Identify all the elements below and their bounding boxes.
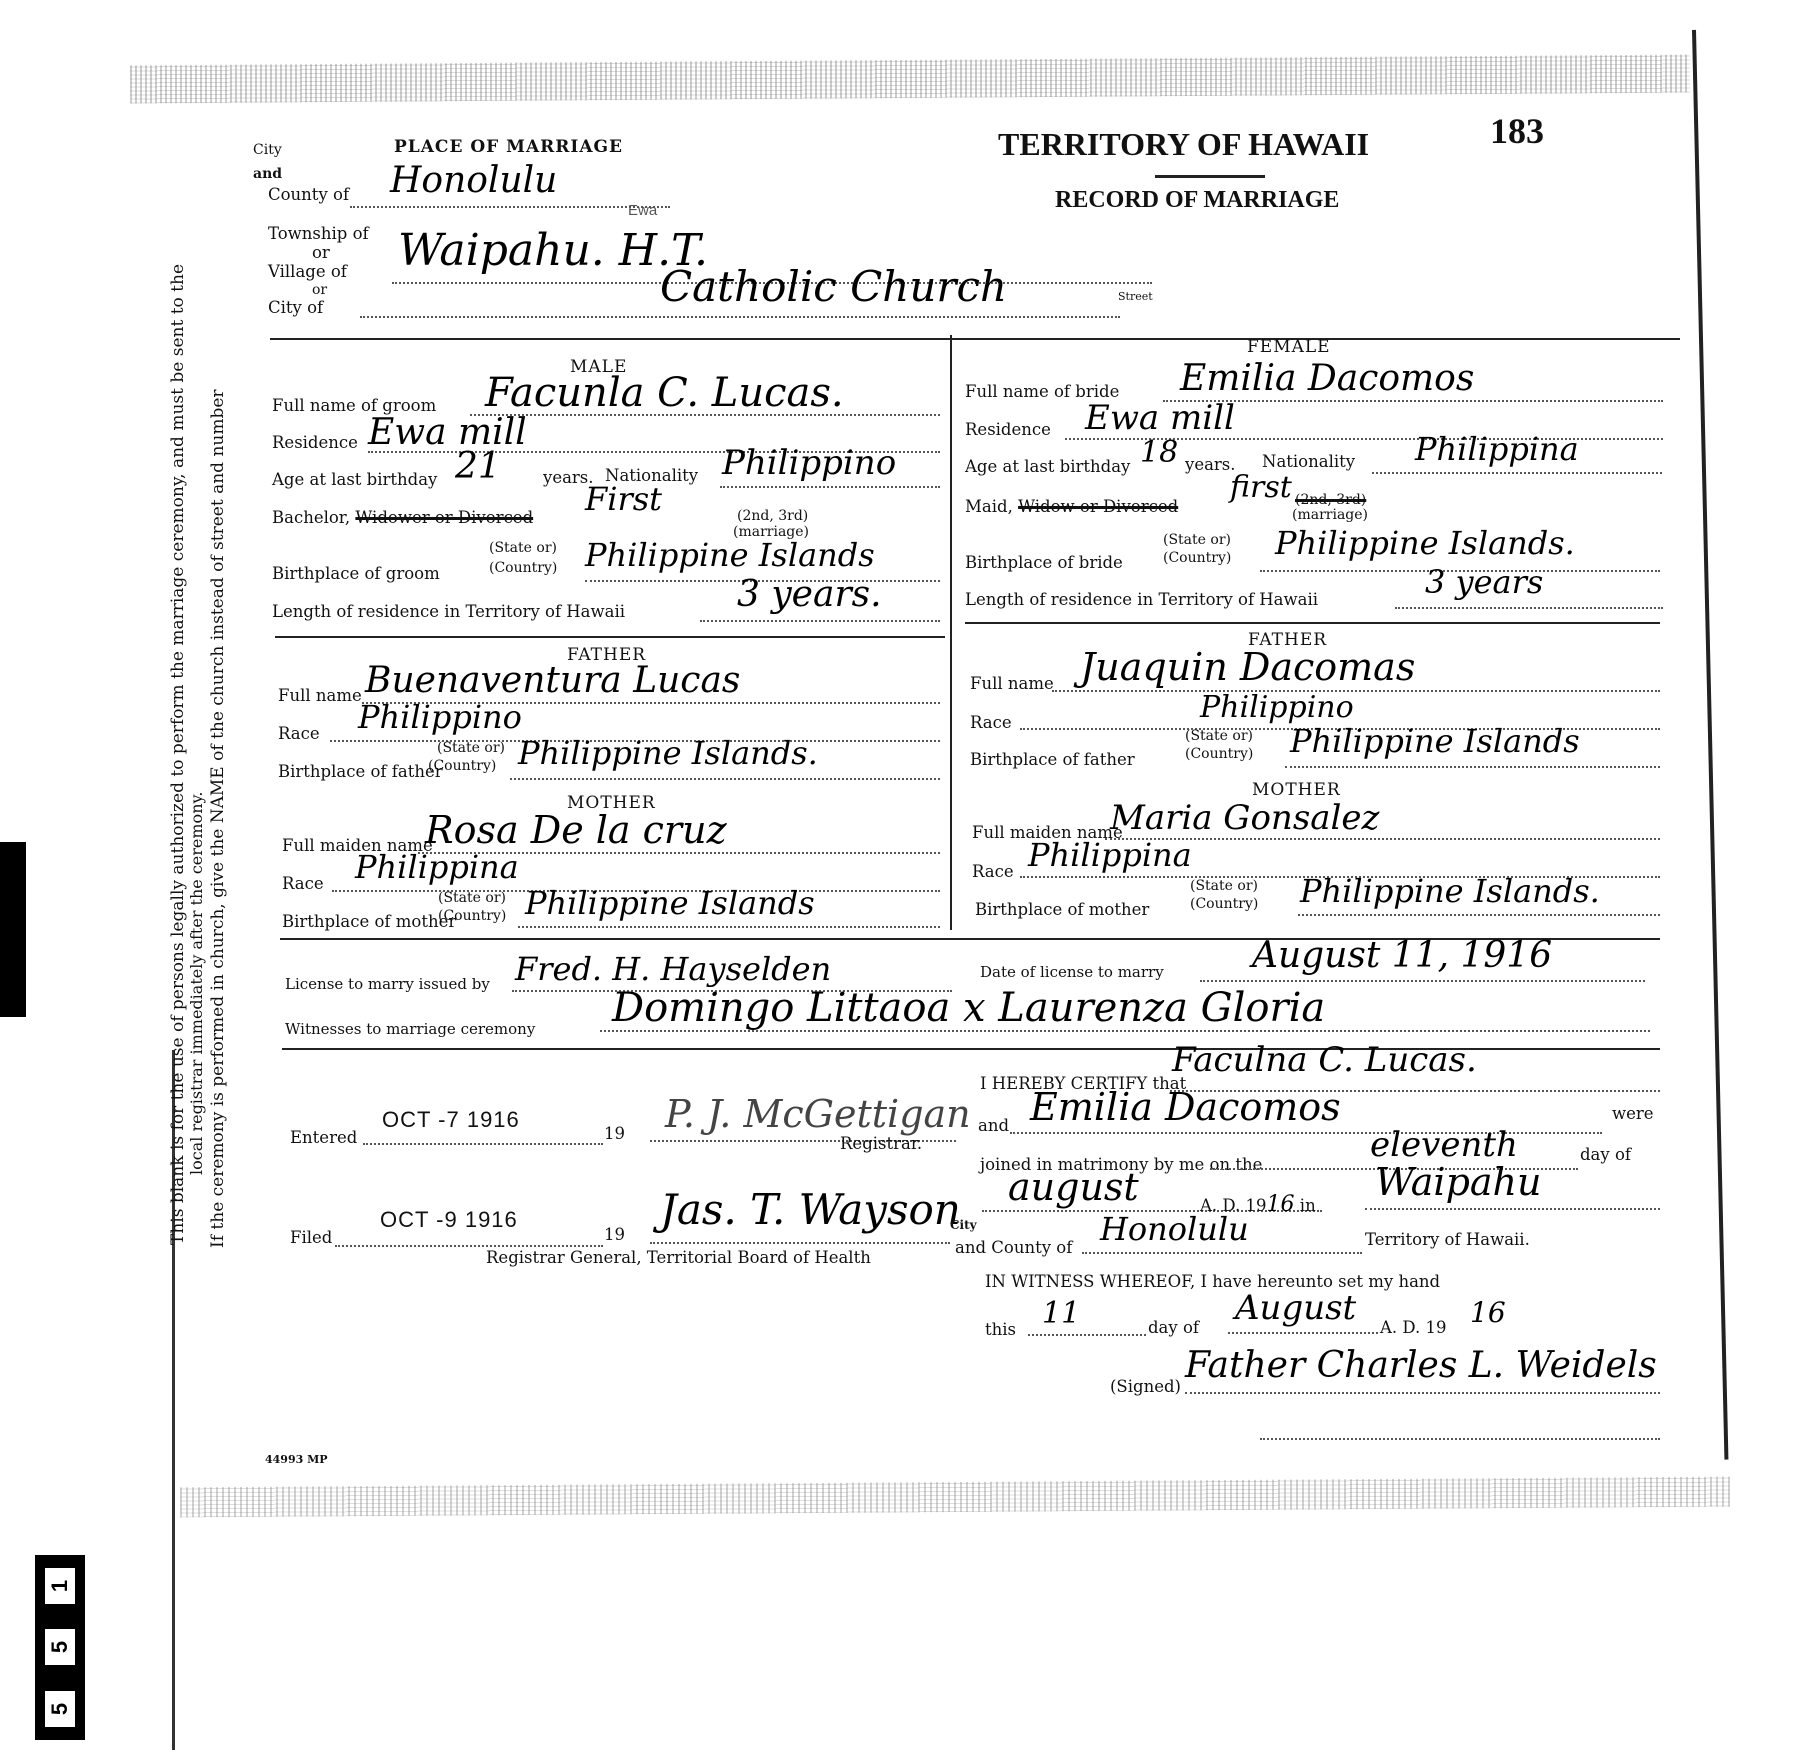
certify-city-label: City [950,1218,977,1232]
scan-noise-top [130,55,1690,104]
city-of-label: City of [268,298,323,317]
groom-age-label: Age at last birthday [272,470,437,489]
page-edge-right [1692,30,1728,1460]
form-number: 44993 MP [265,1453,328,1466]
bride-divider [965,622,1660,624]
witness-day: 11 [1042,1296,1080,1331]
groom-father-birthplace-line [510,778,940,780]
bride-marriage-hint: (2nd, 3rd) [1295,492,1366,508]
groom-residence-label: Residence [272,433,358,452]
and-label: and [253,166,282,182]
groom-residence-length-line [700,620,940,622]
county-line [350,206,670,208]
bride-father-country: (Country) [1185,746,1253,762]
bride-residence-length-line [1395,607,1663,609]
groom-mother-birthplace-label: Birthplace of mother [282,912,456,931]
officiant-signature: Father Charles L. Weidels [1185,1345,1657,1386]
certify-place-line [1365,1208,1660,1210]
certify-territory-label: Territory of Hawaii. [1365,1230,1530,1249]
bride-mother-name: Maria Gonsalez [1110,798,1379,838]
witness-this-label: this [985,1320,1016,1339]
certify-place: Waipahu [1375,1160,1542,1204]
license-issued-by: Fred. H. Hayselden [515,950,831,988]
registrar-general-label: Registrar General, Territorial Board of … [486,1248,871,1267]
entered-year-prefix: 19 [604,1124,625,1143]
certify-year-suffix: 16 [1267,1192,1295,1217]
document-subtitle: RECORD OF MARRIAGE [1055,187,1339,214]
bride-residence: Ewa mill [1085,398,1235,438]
or-label: or [312,282,327,298]
entered-line [363,1143,603,1145]
groom-status-label: Bachelor, Widower or Divorced [272,508,533,527]
certify-and-label: and [978,1116,1009,1135]
entered-date-stamp: OCT -7 1916 [382,1107,520,1133]
groom-mother-birthplace: Philippine Islands [525,884,815,922]
district-stamp: Ewa [628,202,657,219]
certify-bride-name: Emilia Dacomos [1030,1085,1341,1129]
witness-month-line [1228,1332,1378,1334]
bride-birthplace-label: Birthplace of bride [965,553,1123,572]
registrar-signature: P. J. McGettigan [665,1092,971,1136]
filed-label: Filed [290,1228,332,1247]
groom-father-state-or: (State or) [437,740,505,756]
record-number: 183 [1490,110,1544,152]
bride-father-name-line [1052,690,1660,692]
bride-marriage-number: first [1230,470,1292,505]
city-label: City [253,142,282,158]
film-frame-digit: 5 [45,1691,75,1727]
signature-line-2 [1260,1438,1660,1440]
witness-whereof-text: IN WITNESS WHEREOF, I have hereunto set … [985,1272,1440,1291]
groom-residence-length: 3 years. [737,574,882,615]
witness-year-suffix: 16 [1470,1296,1506,1329]
day-of-label: day of [1580,1145,1631,1164]
certify-county: Honolulu [1100,1210,1249,1248]
signature-line [1185,1392,1660,1394]
witness-ad-label: A. D. 19 [1380,1318,1447,1337]
signed-label: (Signed) [1110,1377,1181,1396]
groom-nationality: Philippino [722,443,896,483]
church-value: Catholic Church [660,262,1007,311]
groom-father-name: Buenaventura Lucas [365,660,740,701]
groom-status-kept: Bachelor, [272,508,350,527]
bride-section-heading: FEMALE [1247,337,1331,357]
bride-nationality-label: Nationality [1262,452,1355,471]
bride-father-race-label: Race [970,713,1012,732]
film-marker-tab [0,842,26,1017]
registrar-general-signature-line [650,1242,950,1244]
license-date-label: Date of license to marry [980,963,1164,981]
license-date-line [1200,980,1645,982]
bride-father-birthplace: Philippine Islands [1290,722,1580,760]
certify-month: august [1008,1165,1139,1209]
county-label: County of [268,185,349,204]
bride-nationality: Philippina [1415,430,1579,468]
certify-were-label: were [1612,1104,1654,1123]
bride-mother-birthplace-line [1298,914,1660,916]
margin-instruction-1: This blank is for the use of persons leg… [168,264,188,1245]
film-frame-digit: 1 [45,1568,75,1604]
bride-status-struck: Widow or Divorced [1018,497,1178,516]
place-of-marriage-heading: PLACE OF MARRIAGE [394,137,623,157]
certify-in-label: in [1300,1196,1316,1215]
witnesses-label: Witnesses to marriage ceremony [285,1020,535,1038]
certify-county-label: and County of [955,1238,1072,1257]
bride-mother-heading: MOTHER [1252,780,1341,800]
bride-residence-label: Residence [965,420,1051,439]
bride-marriage-label: (marriage) [1292,507,1368,523]
groom-father-country: (Country) [428,758,496,774]
county-value: Honolulu [390,160,557,201]
bride-country: (Country) [1163,550,1231,566]
license-date: August 11, 1916 [1252,935,1552,976]
groom-residence: Ewa mill [368,412,527,453]
margin-instruction-3: If the ceremony is performed in church, … [208,389,228,1248]
bride-years-label: years. [1185,455,1236,474]
bride-status-label: Maid, Widow or Divorced [965,497,1178,516]
bride-father-birthplace-label: Birthplace of father [970,750,1135,769]
groom-name: Facunla C. Lucas. [485,370,844,416]
filed-year-prefix: 19 [604,1225,625,1244]
certify-day-word: eleventh [1370,1125,1518,1165]
village-label: Village of [268,262,347,281]
groom-father-birthplace-label: Birthplace of father [278,762,443,781]
margin-instruction-2: local registrar immediately after the ce… [187,792,206,1176]
bride-mother-state-or: (State or) [1190,878,1258,894]
title-rule [1155,175,1265,178]
groom-birthplace: Philippine Islands [585,536,875,574]
witness-month: August [1235,1288,1356,1328]
bride-name-line [1163,400,1663,402]
groom-nationality-line [720,486,940,488]
bride-father-state-or: (State or) [1185,728,1253,744]
groom-marriage-hint: (2nd, 3rd) [737,508,808,524]
groom-father-race: Philippino [358,698,522,736]
filed-date-stamp: OCT -9 1916 [380,1207,518,1233]
groom-father-race-label: Race [278,724,320,743]
bride-mother-birthplace: Philippine Islands. [1300,872,1600,910]
bride-father-name-label: Full name [970,674,1054,693]
groom-divider [275,636,945,638]
license-issued-label: License to marry issued by [285,975,490,993]
bride-mother-country: (Country) [1190,896,1258,912]
groom-mother-race-label: Race [282,874,324,893]
city-line [360,316,1120,318]
groom-marriage-number: First [585,480,662,518]
groom-mother-state-or: (State or) [438,890,506,906]
groom-mother-race: Philippina [355,848,519,886]
groom-mother-birthplace-line [518,926,940,928]
film-frame-number: 1 5 5 [35,1555,85,1740]
groom-father-birthplace: Philippine Islands. [518,734,818,772]
document-title: TERRITORY OF HAWAII [998,126,1369,163]
groom-status-struck: Widower or Divorced [355,508,533,527]
witness-day-of-label: day of [1148,1318,1199,1337]
groom-country: (Country) [489,560,557,576]
bride-mother-race: Philippina [1028,836,1192,874]
bride-birthplace: Philippine Islands. [1275,524,1575,562]
bride-father-race: Philippino [1200,690,1354,725]
groom-birthplace-label: Birthplace of groom [272,564,440,583]
registrar-label: Registrar. [840,1134,922,1153]
groom-residence-length-label: Length of residence in Territory of Hawa… [272,602,625,621]
groom-mother-name: Rosa De la cruz [425,808,727,852]
certify-county-line [1082,1252,1362,1254]
film-frame-digit: 5 [45,1629,75,1665]
bride-mother-race-label: Race [972,862,1014,881]
bride-father-birthplace-line [1285,766,1660,768]
bride-father-name: Juaquin Dacomas [1080,645,1415,689]
bride-name: Emilia Dacomos [1180,358,1474,399]
groom-age: 21 [455,446,501,487]
scan-noise-bottom [180,1477,1730,1518]
bride-age-label: Age at last birthday [965,457,1130,476]
column-divider [950,335,952,930]
bride-state-or: (State or) [1163,532,1231,548]
section-divider [270,338,1680,340]
registrar-general-signature: Jas. T. Wayson [660,1185,961,1234]
witness-day-line [1028,1334,1146,1336]
bride-residence-length: 3 years [1425,563,1543,601]
bride-status-kept: Maid, [965,497,1013,516]
bride-mother-birthplace-label: Birthplace of mother [975,900,1149,919]
township-label: Township of [268,224,369,243]
street-label: Street [1118,290,1153,303]
or-label: or [312,243,330,262]
bride-nationality-line [1372,472,1662,474]
groom-father-name-label: Full name [278,686,362,705]
filed-line [335,1245,603,1247]
bride-residence-length-label: Length of residence in Territory of Hawa… [965,590,1318,609]
certify-groom-name: Faculna C. Lucas. [1172,1040,1477,1080]
groom-mother-country: (Country) [438,908,506,924]
witnesses-value: Domingo Littaoa x Laurenza Gloria [612,985,1325,1031]
bride-age: 18 [1140,435,1178,470]
groom-state-or: (State or) [489,540,557,556]
entered-label: Entered [290,1128,357,1147]
